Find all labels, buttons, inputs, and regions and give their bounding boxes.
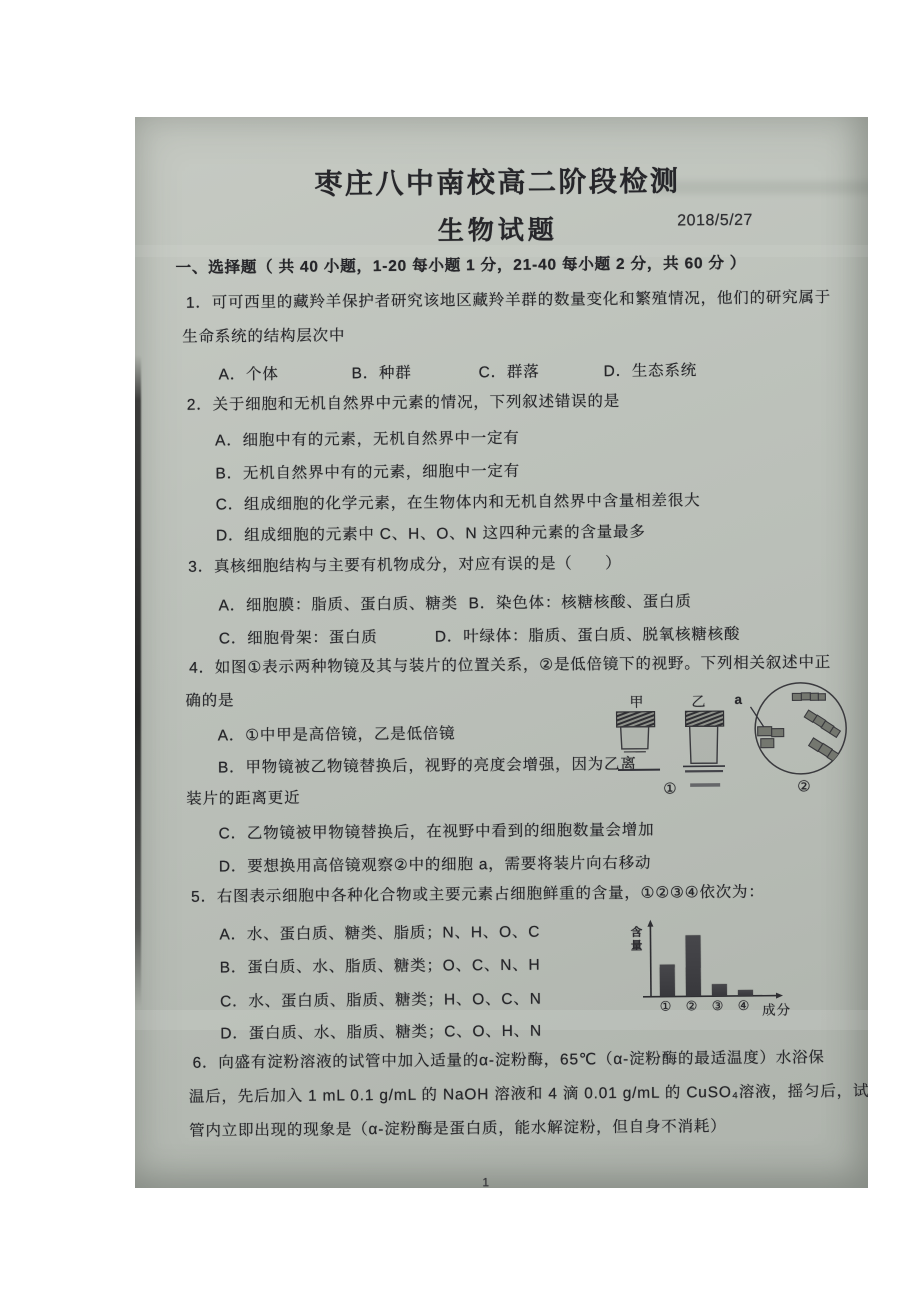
lens-jia-label: 甲	[629, 692, 643, 712]
tick-4: ④	[736, 998, 751, 1014]
q5-option-c: C．水、蛋白质、脂质、糖类；H、O、C、N	[220, 987, 542, 1012]
lens-jia-mount	[617, 712, 655, 727]
q2-option-c: C．组成细胞的化学元素，在生物体内和无机自然界中含量相差很大	[216, 488, 701, 514]
x-axis-label: 成分	[762, 998, 791, 1018]
a-pointer-line	[750, 707, 763, 727]
q4-option-b: B．甲物镜被乙物镜替换后，视野的亮度会增强，因为乙离	[218, 752, 637, 778]
q4-line2: 确的是	[185, 691, 234, 711]
q6-line1: 6．向盛有淀粉溶液的试管中加入适量的α-淀粉酶，65℃（α-淀粉酶的最适温度）水…	[192, 1048, 824, 1074]
chart-bars	[659, 935, 753, 997]
lens-yi-label: 乙	[691, 691, 705, 711]
q5-stem: 5．右图表示细胞中各种化合物或主要元素占细胞鲜重的含量，①②③④依次为：	[191, 883, 765, 908]
figure2-label: ②	[797, 777, 811, 795]
exam-date: 2018/5/27	[677, 212, 753, 231]
q6-line3: 管内立即出现的现象是（α-淀粉酶是蛋白质，能水解淀粉，但自身不消耗）	[189, 1117, 726, 1142]
q5-option-b: B．蛋白质、水、脂质、糖类；O、C、N、H	[220, 953, 541, 978]
tick-2: ②	[684, 998, 699, 1014]
bar-3	[712, 984, 727, 996]
q2-option-b: B．无机自然界中有的元素，细胞中一定有	[215, 459, 520, 484]
cells-in-field	[757, 692, 849, 768]
q3-stem: 3．真核细胞结构与主要有机物成分，对应有误的是（ ）	[188, 554, 621, 578]
bar-1	[660, 965, 675, 997]
cell-a	[758, 727, 784, 748]
q4-option-b-cont: 装片的距离更近	[186, 789, 300, 810]
section-header: 一、选择题（ 共 40 小题，1-20 每小题 1 分，21-40 每小题 2 …	[176, 254, 747, 279]
lens-yi-mount	[686, 711, 724, 726]
q4-option-a: A．①中甲是高倍镜，乙是低倍镜	[218, 721, 456, 745]
q4-option-c: C．乙物镜被甲物镜替换后，在视野中看到的细胞数量会增加	[218, 818, 654, 844]
tick-3: ③	[710, 998, 725, 1014]
q2-option-d: D．组成细胞的元素中 C、H、O、N 这四种元素的含量最多	[216, 520, 646, 546]
q1-option-d: D．生态系统	[603, 358, 697, 381]
q5-option-d: D．蛋白质、水、脂质、糖类；C、O、H、N	[220, 1019, 542, 1044]
lens-yi-body	[690, 726, 718, 763]
composition-bar-chart: 含量 ① ② ③ ④ 成分	[637, 915, 813, 1019]
cell-chain	[792, 693, 825, 701]
q6-line2: 温后，先后加入 1 mL 0.1 g/mL 的 NaOH 溶液和 4 滴 0.0…	[189, 1082, 868, 1108]
q1-line1: 1．可可西里的藏羚羊保护者研究该地区藏羚羊群的数量变化和繁殖情况，他们的研究属于	[186, 288, 831, 314]
q4-line1: 4．如图①表示两种物镜及其与装片的位置关系，②是低倍镜下的视野。下列相关叙述中正	[189, 653, 831, 679]
q3-option-b: B．染色体：核糖核酸、蛋白质	[468, 589, 691, 613]
cell-a-label: a	[734, 692, 742, 707]
x-axis-ticks: ① ② ③ ④	[658, 998, 751, 1015]
q5-option-a: A．水、蛋白质、糖类、脂质；N、H、O、C	[219, 920, 540, 945]
q1-line2: 生命系统的结构层次中	[182, 326, 345, 347]
y-axis-label: 含量	[627, 926, 643, 953]
cell-chain	[804, 710, 841, 738]
bar-4	[738, 990, 753, 996]
q1-option-b: B．种群	[351, 361, 411, 384]
lens-jia-body	[621, 727, 649, 749]
exam-title: 枣庄八中南校高二阶段检测	[135, 158, 864, 204]
q4-option-d: D．要想换用高倍镜观察②中的细胞 a，需要将装片向右移动	[219, 851, 652, 877]
q3-option-d: D．叶绿体：脂质、蛋白质、脱氧核糖核酸	[435, 622, 741, 647]
tick-1: ①	[658, 999, 673, 1015]
photo-canvas: 枣庄八中南校高二阶段检测 生物试题 2018/5/27 一、选择题（ 共 40 …	[0, 0, 920, 1302]
scan-mark	[690, 783, 720, 787]
exam-subject-title: 生物试题	[135, 207, 864, 250]
y-axis-arrow	[647, 920, 653, 927]
q2-option-a: A．细胞中有的元素，无机自然界中一定有	[215, 426, 520, 451]
exam-content: 枣庄八中南校高二阶段检测 生物试题 2018/5/27 一、选择题（ 共 40 …	[135, 117, 868, 1188]
page-number: 1	[476, 1175, 496, 1188]
bar-2	[685, 935, 701, 996]
q3-option-c: C．细胞骨架：蛋白质	[219, 625, 378, 648]
q3-option-a: A．细胞膜：脂质、蛋白质、糖类	[218, 591, 458, 615]
q1-option-a: A．个体	[218, 362, 278, 385]
q2-stem: 2．关于细胞和无机自然界中元素的情况，下列叙述错误的是	[187, 392, 620, 416]
q1-option-c: C．群落	[478, 360, 539, 383]
scanned-exam-page: 枣庄八中南校高二阶段检测 生物试题 2018/5/27 一、选择题（ 共 40 …	[135, 117, 868, 1188]
figure1-label: ①	[663, 779, 677, 797]
